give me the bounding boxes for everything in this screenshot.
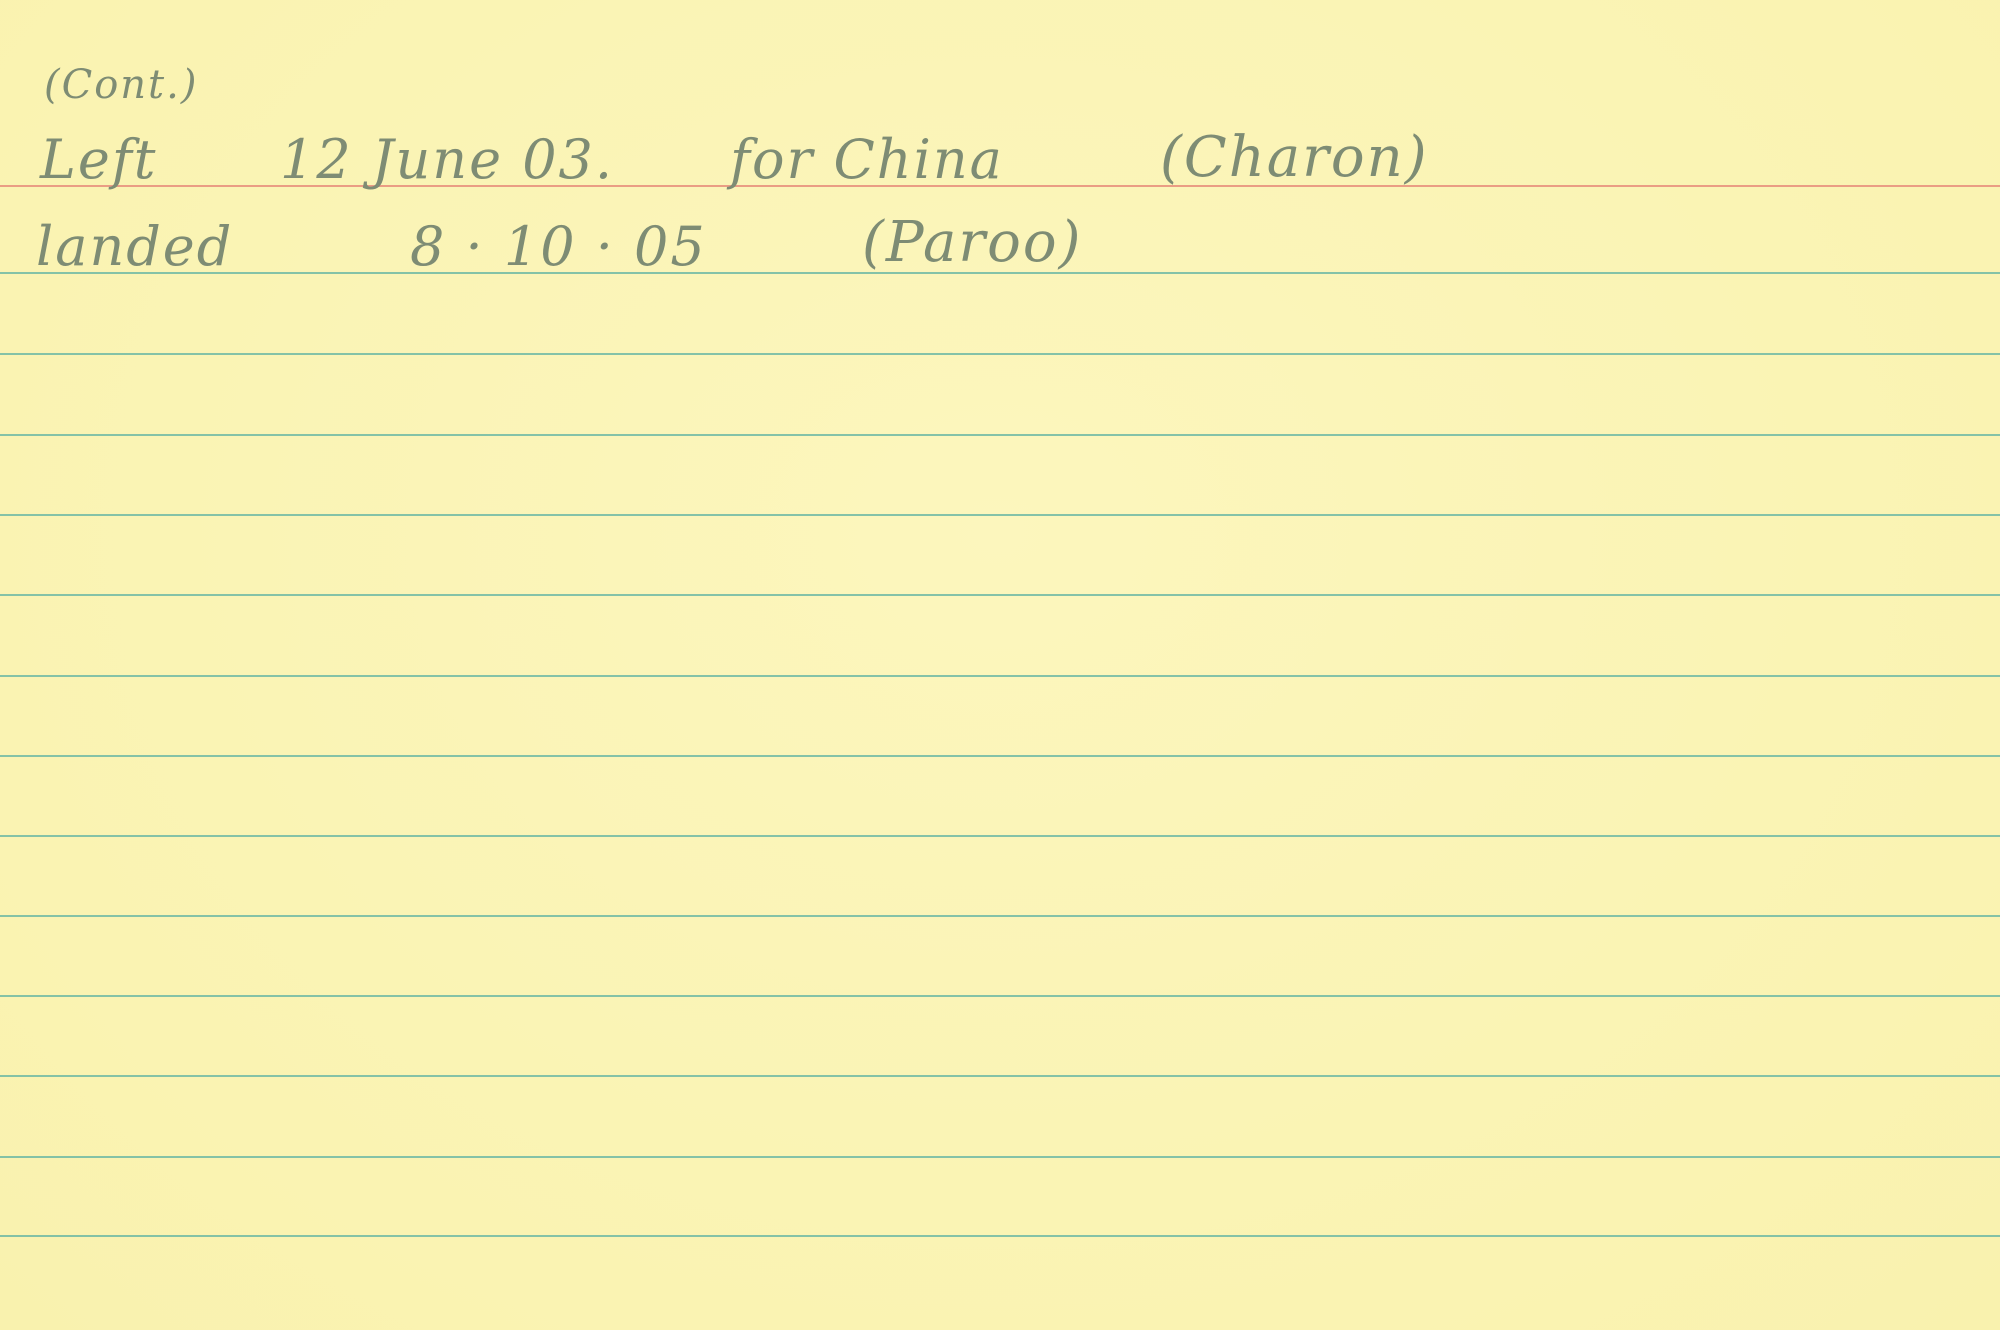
arrival-ship: (Paroo) (862, 210, 1082, 275)
left-label: Left (40, 128, 158, 191)
destination: for China (730, 128, 1004, 191)
ruled-line (0, 594, 2000, 596)
landed-label: landed (36, 215, 233, 278)
ruled-line (0, 1156, 2000, 1158)
continuation-note: (Cont.) (44, 62, 198, 108)
landing-date: 8 · 10 · 05 (410, 215, 707, 278)
departure-ship: (Charon) (1160, 125, 1429, 190)
ruled-line (0, 1235, 2000, 1237)
ruled-line (0, 755, 2000, 757)
ruled-line (0, 353, 2000, 355)
ruled-line (0, 835, 2000, 837)
ruled-line (0, 675, 2000, 677)
ruled-line (0, 434, 2000, 436)
ruled-line (0, 995, 2000, 997)
index-card: (Cont.) Left 12 June 03. for China (Char… (0, 0, 2000, 1330)
ruled-line (0, 514, 2000, 516)
ruled-line (0, 1075, 2000, 1077)
departure-date: 12 June 03. (280, 128, 614, 191)
ruled-line (0, 915, 2000, 917)
